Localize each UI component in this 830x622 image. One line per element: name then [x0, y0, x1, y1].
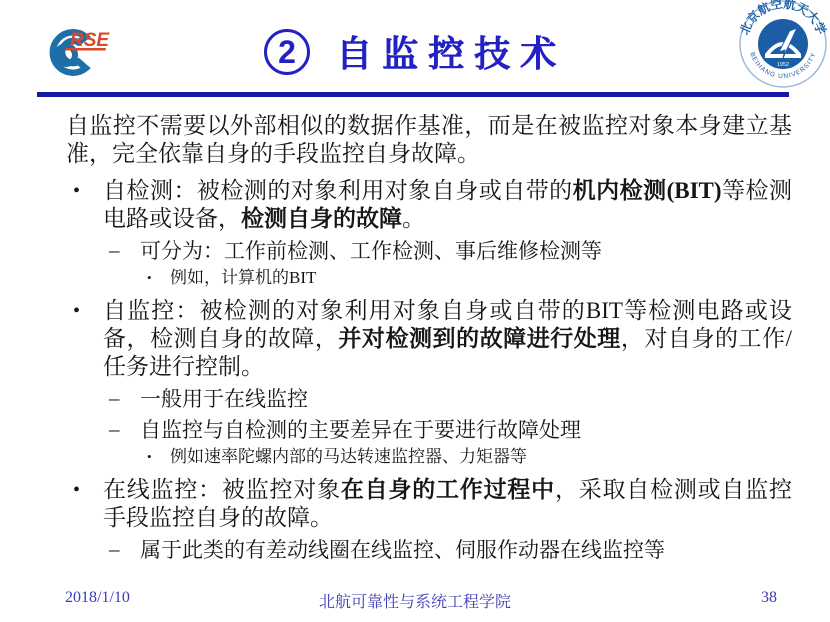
- bullet-marker: –: [109, 238, 120, 263]
- text-segment: 自监控不需要以外部相似的数据作基准，而是在被监控对象本身建立基准，完全依靠自身的…: [66, 113, 792, 166]
- content-line: •自监控：被检测的对象利用对象自身或自带的BIT等检测电路或设备，检测自身的故障…: [66, 297, 792, 381]
- page-title: 自监控技术: [336, 26, 566, 77]
- slide: RSE 2自监控技术 北京航空航天大学 BEIHANG UNIVERSITY 1…: [0, 0, 830, 622]
- bullet-marker: •: [73, 297, 80, 325]
- content-line: •例如，计算机的BIT: [66, 268, 792, 288]
- text-segment: 检测自身的故障: [241, 206, 402, 231]
- beihang-logo-graphic: 北京航空航天大学 BEIHANG UNIVERSITY 1952: [737, 0, 829, 92]
- content-line: –一般用于在线监控: [66, 387, 792, 412]
- content-line: –可分为：工作前检测、工作检测、事后维修检测等: [66, 239, 792, 264]
- content-line: •自检测：被检测的对象利用对象自身或自带的机内检测(BIT)等检测电路或设备，检…: [66, 177, 792, 233]
- bullet-marker: –: [109, 386, 120, 411]
- beihang-logo-year: 1952: [777, 62, 789, 68]
- bullet-marker: •: [147, 447, 152, 467]
- footer-page-number: 38: [761, 589, 777, 607]
- content-line: –自监控与自检测的主要差异在于要进行故障处理: [66, 418, 792, 443]
- content-line: •在线监控：被监控对象在自身的工作过程中，采取自检测或自监控手段监控自身的故障。: [66, 476, 792, 532]
- bullet-marker: •: [73, 476, 80, 504]
- text-segment: 一般用于在线监控: [140, 387, 308, 411]
- content-line: •例如速率陀螺内部的马达转速监控器、力矩器等: [66, 447, 792, 467]
- footer: 2018/1/10 北航可靠性与系统工程学院 38: [0, 589, 830, 609]
- text-segment: 并对检测到的故障进行处理: [338, 326, 620, 351]
- content-line: –属于此类的有差动线圈在线监控、伺服作动器在线监控等: [66, 538, 792, 563]
- text-segment: 例如速率陀螺内部的马达转速监控器、力矩器等: [170, 447, 527, 466]
- content-list: 自监控不需要以外部相似的数据作基准，而是在被监控对象本身建立基准，完全依靠自身的…: [66, 112, 792, 567]
- text-segment: 自监控与自检测的主要差异在于要进行故障处理: [140, 418, 581, 442]
- text-segment: 在线监控：被监控对象: [103, 477, 341, 502]
- text-segment: 自检测：被检测的对象利用对象自身或自带的: [103, 178, 573, 203]
- content-line: 自监控不需要以外部相似的数据作基准，而是在被监控对象本身建立基准，完全依靠自身的…: [66, 112, 792, 168]
- header-divider: [37, 92, 789, 97]
- beihang-university-logo: 北京航空航天大学 BEIHANG UNIVERSITY 1952: [737, 0, 829, 92]
- text-segment: 。: [402, 206, 425, 231]
- text-segment: 属于此类的有差动线圈在线监控、伺服作动器在线监控等: [140, 538, 665, 562]
- bullet-marker: –: [109, 417, 120, 442]
- slide-title-row: 2自监控技术: [0, 26, 830, 77]
- text-segment: 可分为：工作前检测、工作检测、事后维修检测等: [140, 239, 602, 263]
- text-segment: 机内检测(BIT): [573, 178, 722, 203]
- bullet-marker: •: [73, 177, 80, 205]
- text-segment: 在自身的工作过程中: [341, 477, 555, 502]
- title-number-badge: 2: [264, 29, 310, 75]
- footer-organization: 北航可靠性与系统工程学院: [0, 589, 830, 612]
- text-segment: 例如，计算机的BIT: [170, 268, 316, 287]
- bullet-marker: –: [109, 537, 120, 562]
- bullet-marker: •: [147, 268, 152, 288]
